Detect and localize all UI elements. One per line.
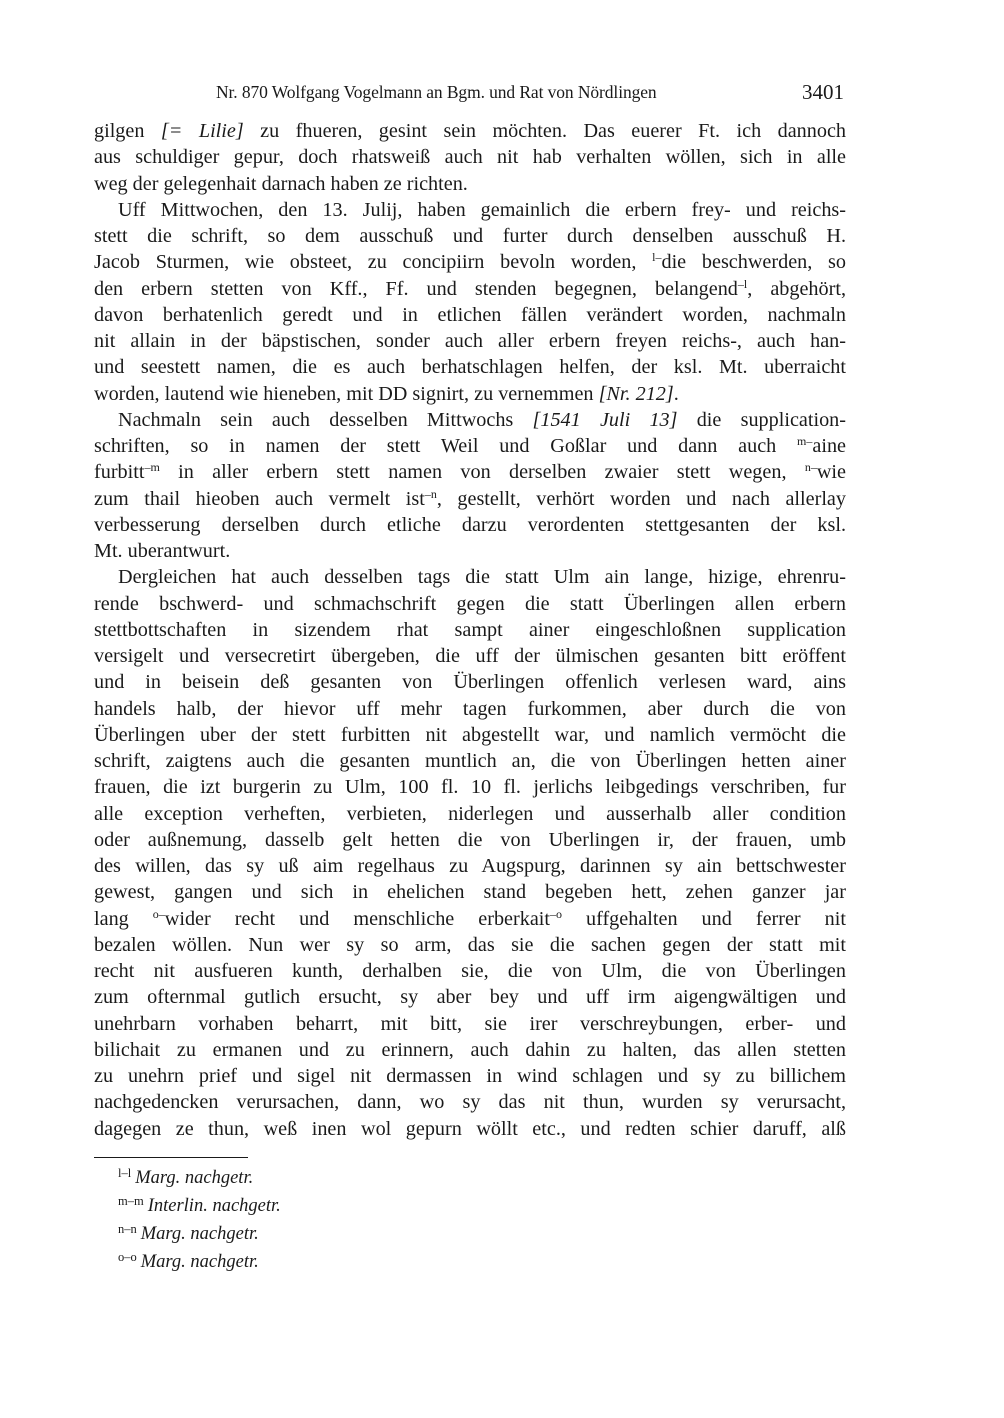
- text-line: Überlingen uber der stett furbitten nit …: [94, 722, 846, 748]
- text-line: zu unehrn prief und sigel nit dermassen …: [94, 1063, 846, 1089]
- text-run: die beschwerden, so: [661, 251, 846, 273]
- text-line: versigelt und versecretirt übergeben, di…: [94, 643, 846, 669]
- text-line: Mt. uberantwurt.: [94, 538, 846, 564]
- text-run: aine: [812, 435, 846, 457]
- text-run: dagegen ze thun, weß inen wol gepurn wöl…: [94, 1118, 846, 1140]
- text-line: handels halb, der hievor uff mehr tagen …: [94, 696, 846, 722]
- footnote-text: Marg. nachgetr.: [135, 1168, 253, 1188]
- footnote-mark: m–m: [118, 1194, 144, 1208]
- text-run: aus schuldiger gepur, doch rhatsweiß auc…: [94, 146, 846, 168]
- editorial-note: [Nr. 212]: [599, 383, 674, 405]
- text-line: verbesserung derselben durch etliche dar…: [94, 512, 846, 538]
- text-run: bilichait zu ermanen und zu erinnern, au…: [94, 1039, 846, 1061]
- text-line: gewest, gangen und sich in ehelichen sta…: [94, 879, 846, 905]
- text-line: schriften, so in namen der stett Weil un…: [94, 433, 846, 459]
- text-run: und in beisein deß gesanten von Überling…: [94, 671, 846, 693]
- text-run: zum ofternmal gutlich ersucht, sy aber b…: [94, 986, 846, 1008]
- text-run: des willen, das sy uß aim regelhaus zu A…: [94, 855, 846, 877]
- text-line: des willen, das sy uß aim regelhaus zu A…: [94, 853, 846, 879]
- editorial-note: [= Lilie]: [161, 120, 244, 142]
- footnote-mark: l–l: [118, 1166, 131, 1180]
- text-run: Nachmaln sein auch desselben Mittwochs: [118, 409, 533, 431]
- footnote: l–lMarg. nachgetr.: [118, 1162, 281, 1190]
- footnote-separator: [94, 1157, 248, 1158]
- text-line: gilgen [= Lilie] zu fhueren, gesint sein…: [94, 118, 846, 144]
- text-line: zum thail hieoben auch vermelt ist–n, ge…: [94, 486, 846, 512]
- footnote: n–nMarg. nachgetr.: [118, 1218, 281, 1246]
- footnote-marker: –m: [144, 460, 159, 474]
- text-run: davon berhatenlich geredt und in etliche…: [94, 304, 846, 326]
- text-run: schrift, zaigtens auch die gesanten munt…: [94, 750, 846, 772]
- footnote: o–oMarg. nachgetr.: [118, 1246, 281, 1274]
- footnote-marker: –l: [738, 277, 747, 291]
- text-line: Nachmaln sein auch desselben Mittwochs […: [94, 407, 846, 433]
- text-run: wie: [817, 461, 846, 483]
- text-run: versigelt und versecretirt übergeben, di…: [94, 645, 846, 667]
- text-run: worden, lautend wie hieneben, mit DD sig…: [94, 383, 599, 405]
- text-run: Uff Mittwochen, den 13. Julij, haben gem…: [118, 199, 846, 221]
- editorial-note: [1541 Juli 13]: [533, 409, 678, 431]
- text-run: zum thail hieoben auch vermelt ist: [94, 488, 425, 510]
- footnote-marker: –n: [425, 487, 437, 501]
- running-header-title: Nr. 870 Wolfgang Vogelmann an Bgm. und R…: [216, 82, 657, 103]
- running-header: Nr. 870 Wolfgang Vogelmann an Bgm. und R…: [94, 80, 846, 108]
- footnote-marker: –o: [550, 907, 562, 921]
- text-line: davon berhatenlich geredt und in etliche…: [94, 302, 846, 328]
- text-line: zum ofternmal gutlich ersucht, sy aber b…: [94, 984, 846, 1010]
- text-line: Jacob Sturmen, wie obsteet, zu concipiir…: [94, 249, 846, 275]
- text-line: bilichait zu ermanen und zu erinnern, au…: [94, 1037, 846, 1063]
- text-run: wider recht und menschliche erberkait: [165, 908, 550, 930]
- text-line: den erbern stetten von Kff., Ff. und ste…: [94, 276, 846, 302]
- text-run: den erbern stetten von Kff., Ff. und ste…: [94, 278, 738, 300]
- text-run: recht nit ausfueren kunth, derhalben sie…: [94, 960, 846, 982]
- text-line: aus schuldiger gepur, doch rhatsweiß auc…: [94, 144, 846, 170]
- text-run: gilgen: [94, 120, 161, 142]
- text-run: stettbottschaften in sizendem rhat sampt…: [94, 619, 846, 641]
- text-line: dagegen ze thun, weß inen wol gepurn wöl…: [94, 1116, 846, 1142]
- text-run: nachgedencken verursachen, dann, wo sy d…: [94, 1091, 846, 1113]
- page-number: 3401: [802, 80, 844, 105]
- footnote-text: Interlin. nachgetr.: [148, 1196, 281, 1216]
- text-line: recht nit ausfueren kunth, derhalben sie…: [94, 958, 846, 984]
- text-line: stettbottschaften in sizendem rhat sampt…: [94, 617, 846, 643]
- text-line: nit allain in der bäpstischen, sonder au…: [94, 328, 846, 354]
- main-text: gilgen [= Lilie] zu fhueren, gesint sein…: [94, 118, 846, 1142]
- text-line: Uff Mittwochen, den 13. Julij, haben gem…: [94, 197, 846, 223]
- text-run: zu unehrn prief und sigel nit dermassen …: [94, 1065, 846, 1087]
- text-line: unehrbarn vorhaben beharrt, mit bitt, si…: [94, 1011, 846, 1037]
- text-run: unehrbarn vorhaben beharrt, mit bitt, si…: [94, 1013, 846, 1035]
- text-run: Überlingen uber der stett furbitten nit …: [94, 724, 846, 746]
- text-run: , abgehört,: [747, 278, 846, 300]
- text-run: die supplication-: [678, 409, 847, 431]
- text-line: stett die schrift, so dem ausschuß und f…: [94, 223, 846, 249]
- text-line: schrift, zaigtens auch die gesanten munt…: [94, 748, 846, 774]
- text-run: zu fhueren, gesint sein möchten. Das eue…: [244, 120, 846, 142]
- text-line: furbitt–m in aller erbern stett namen vo…: [94, 459, 846, 485]
- text-run: bezalen wöllen. Nun wer sy so arm, das s…: [94, 934, 846, 956]
- text-line: alle exception verheften, verbieten, nid…: [94, 801, 846, 827]
- text-run: stett die schrift, so dem ausschuß und f…: [94, 225, 846, 247]
- text-run: handels halb, der hievor uff mehr tagen …: [94, 698, 846, 720]
- text-run: Dergleichen hat auch desselben tags die …: [118, 566, 846, 588]
- footnote-marker: o–: [153, 907, 165, 921]
- text-line: worden, lautend wie hieneben, mit DD sig…: [94, 381, 846, 407]
- text-run: weg der gelegenhait darnach haben ze ric…: [94, 173, 468, 195]
- footnote-text: Marg. nachgetr.: [141, 1224, 259, 1244]
- text-run: frauen, die izt burgerin zu Ulm, 100 fl.…: [94, 776, 846, 798]
- footnote-text: Marg. nachgetr.: [141, 1252, 259, 1272]
- text-line: nachgedencken verursachen, dann, wo sy d…: [94, 1089, 846, 1115]
- text-line: und in beisein deß gesanten von Überling…: [94, 669, 846, 695]
- text-run: nit allain in der bäpstischen, sonder au…: [94, 330, 846, 352]
- text-run: furbitt: [94, 461, 144, 483]
- text-run: uffgehalten und ferrer nit: [562, 908, 846, 930]
- text-run: verbesserung derselben durch etliche dar…: [94, 514, 846, 536]
- footnote-mark: n–n: [118, 1222, 137, 1236]
- text-run: Jacob Sturmen, wie obsteet, zu concipiir…: [94, 251, 652, 273]
- text-run: und seestett namen, die es auch berhatsc…: [94, 356, 846, 378]
- text-run: Mt. uberantwurt.: [94, 540, 230, 562]
- text-line: bezalen wöllen. Nun wer sy so arm, das s…: [94, 932, 846, 958]
- text-run: oder außnemung, dasselb gelt hetten die …: [94, 829, 846, 851]
- text-line: und seestett namen, die es auch berhatsc…: [94, 354, 846, 380]
- text-run: alle exception verheften, verbieten, nid…: [94, 803, 846, 825]
- footnote-marker: n–: [805, 460, 817, 474]
- text-line: frauen, die izt burgerin zu Ulm, 100 fl.…: [94, 774, 846, 800]
- text-run: in aller erbern stett namen von derselbe…: [160, 461, 805, 483]
- text-run: schriften, so in namen der stett Weil un…: [94, 435, 797, 457]
- text-run: rende bschwerd- und schmachschrift gegen…: [94, 593, 846, 615]
- footnote-mark: o–o: [118, 1250, 137, 1264]
- text-line: weg der gelegenhait darnach haben ze ric…: [94, 171, 846, 197]
- text-line: rende bschwerd- und schmachschrift gegen…: [94, 591, 846, 617]
- footnotes: l–lMarg. nachgetr.m–mInterlin. nachgetr.…: [118, 1162, 281, 1274]
- footnote: m–mInterlin. nachgetr.: [118, 1190, 281, 1218]
- text-run: lang: [94, 908, 153, 930]
- text-run: .: [674, 383, 679, 405]
- text-line: Dergleichen hat auch desselben tags die …: [94, 564, 846, 590]
- text-run: , gestellt, verhört worden und nach alle…: [437, 488, 846, 510]
- text-run: gewest, gangen und sich in ehelichen sta…: [94, 881, 846, 903]
- text-line: oder außnemung, dasselb gelt hetten die …: [94, 827, 846, 853]
- text-line: lang o–wider recht und menschliche erber…: [94, 906, 846, 932]
- footnote-marker: m–: [797, 434, 812, 448]
